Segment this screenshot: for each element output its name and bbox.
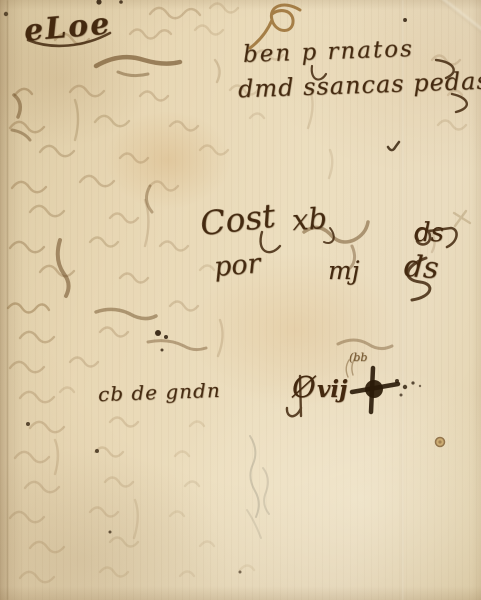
ink-flourish-strokes	[28, 5, 467, 416]
manuscript-page: eLoe ben p rnatos dmd ssancas pedas Cost…	[0, 0, 481, 600]
ink-blot-cross	[352, 368, 421, 412]
ink-flourish-layer	[0, 0, 481, 600]
